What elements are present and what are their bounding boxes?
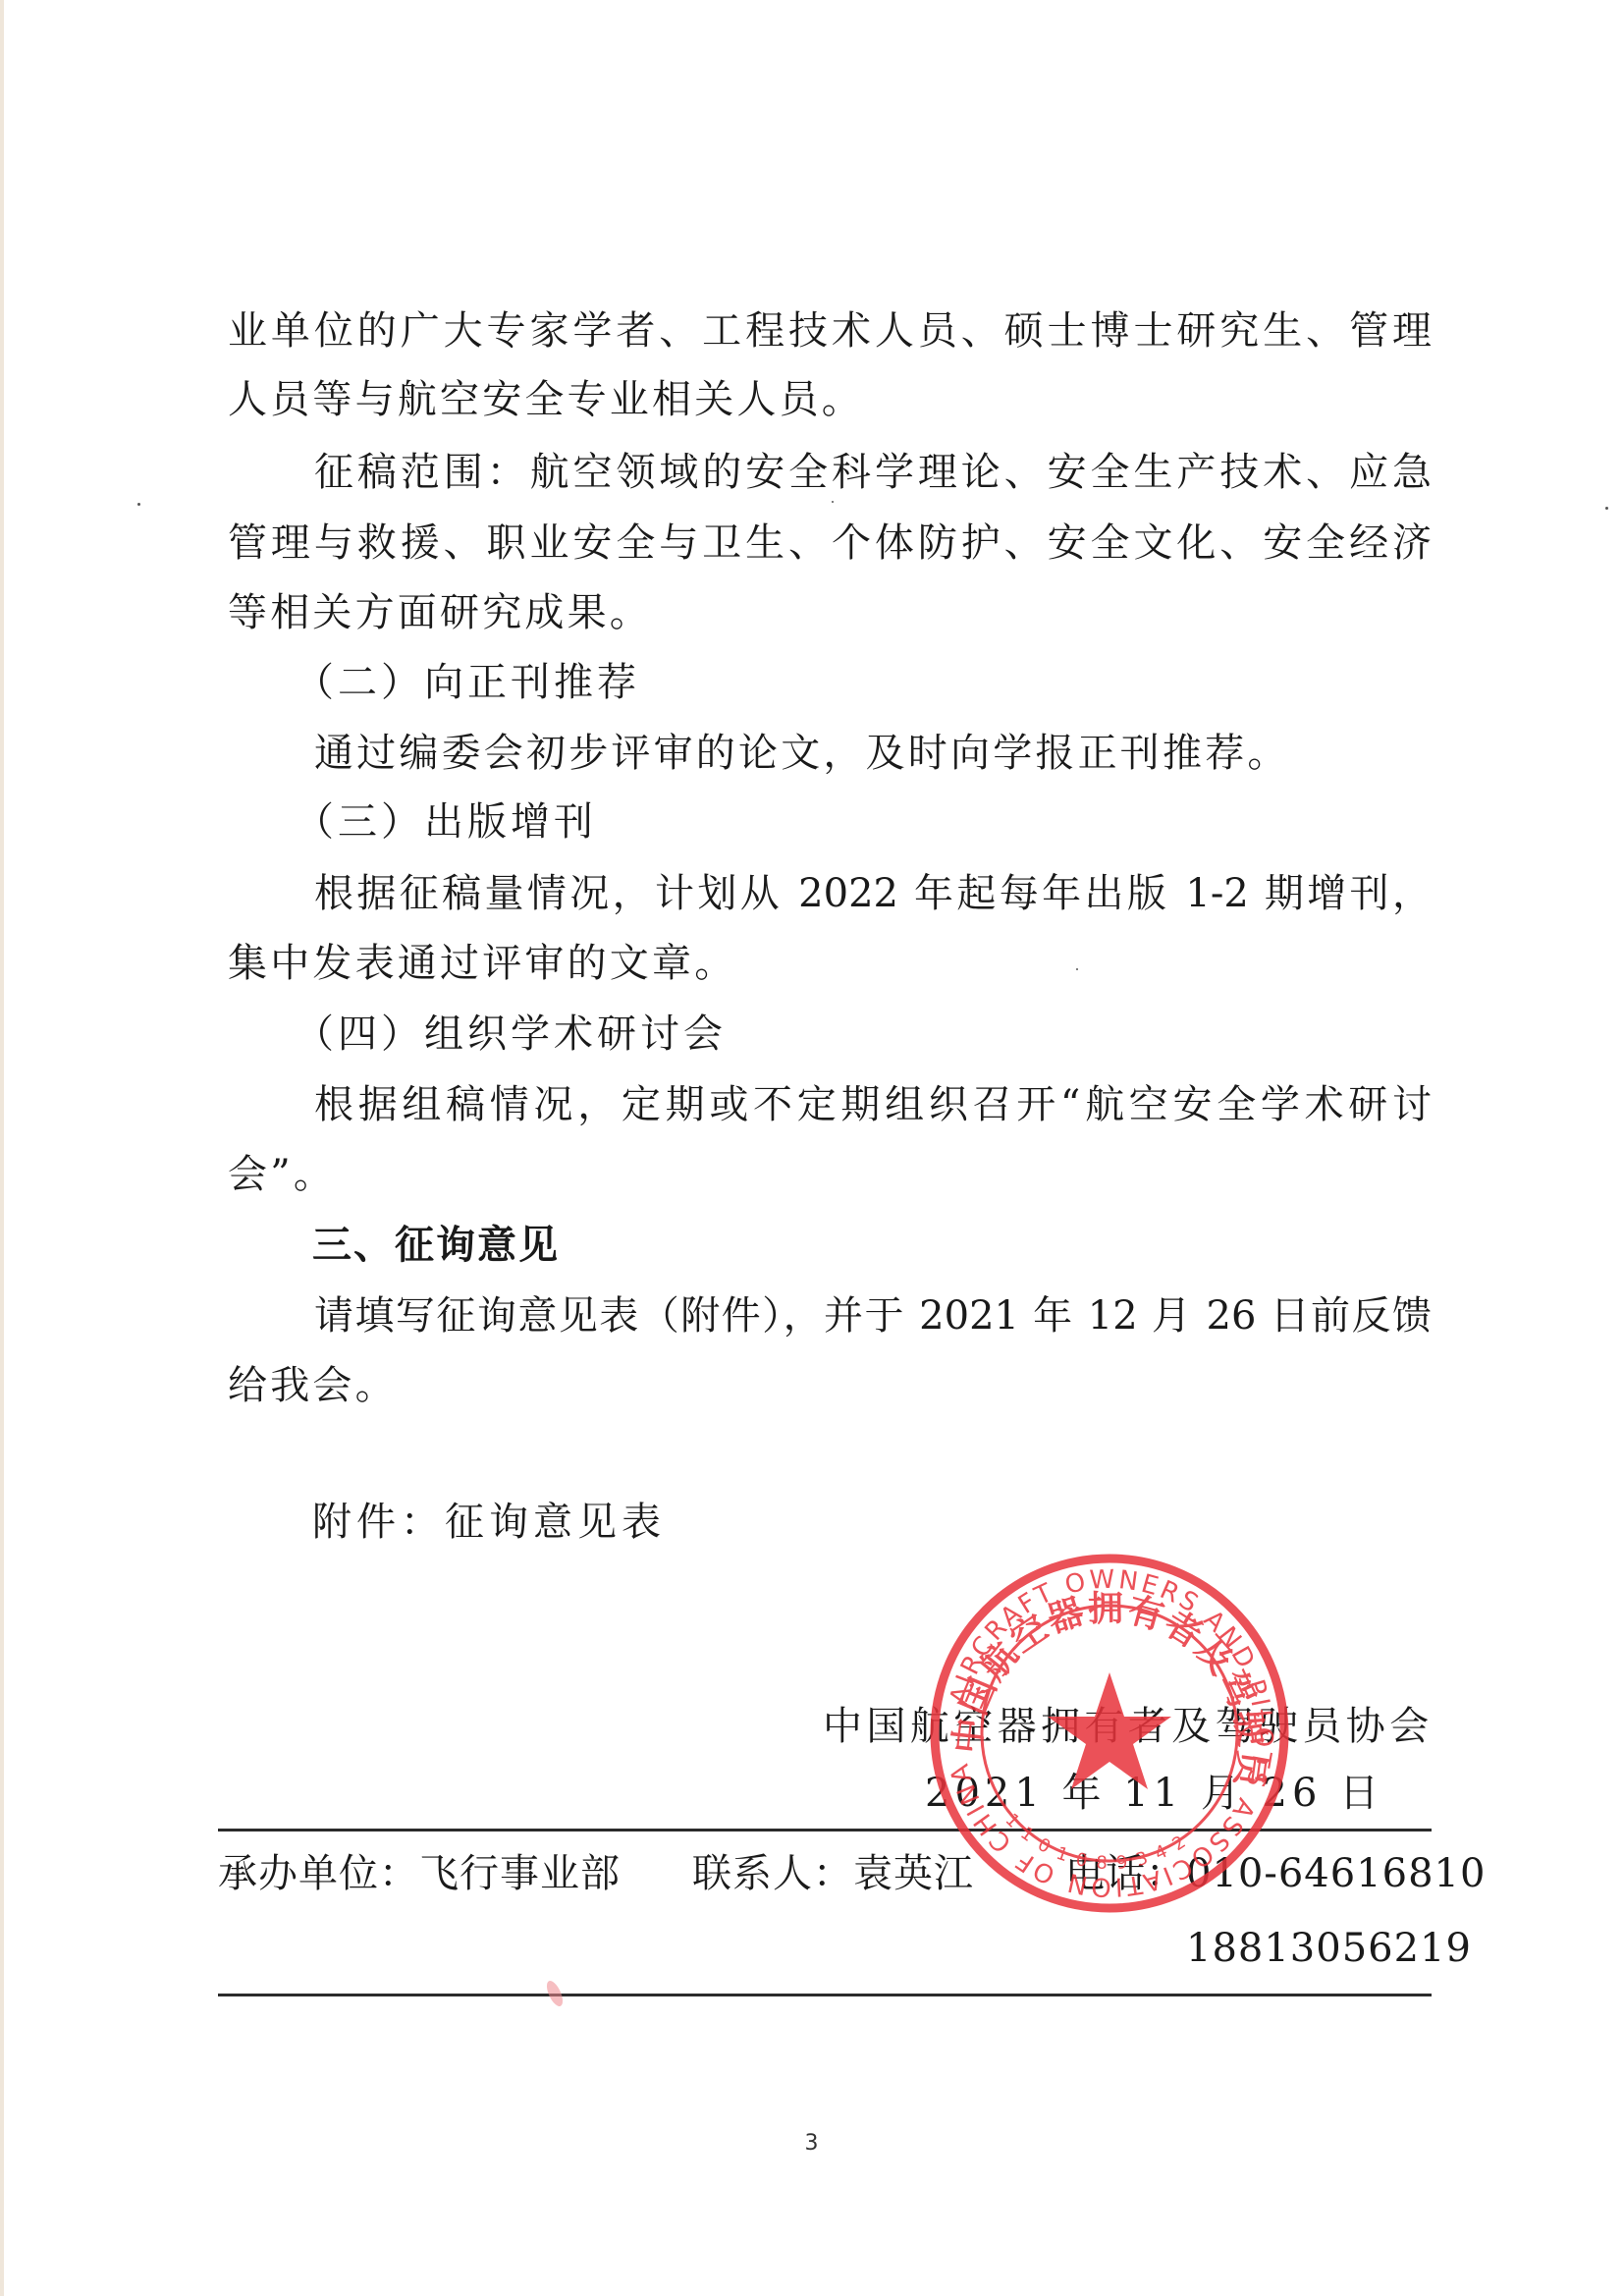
document-page: 业单位的广大专家学者、工程技术人员、硕士博士研究生、管理 人员等与航空安全专业相… <box>0 0 1623 2296</box>
footer-phone-alt: 18813056219 <box>1186 1919 1472 1978</box>
section-body-line: 根据征稿量情况，计划从 2022 年起每年出版 1-2 期增刊， <box>314 859 1432 928</box>
paragraph-line: 管理与救援、职业安全与卫生、个体防护、安全文化、安全经济 <box>228 509 1432 577</box>
footer-contact: 联系人：袁英江 <box>692 1844 974 1903</box>
paragraph-line: 等相关方面研究成果。 <box>228 578 1432 647</box>
section-body-line: 集中发表通过评审的文章。 <box>228 929 1432 998</box>
signature-organization: 中国航空器拥有者及驾驶员协会 <box>823 1697 1434 1756</box>
document-body: 业单位的广大专家学者、工程技术人员、硕士博士研究生、管理 人员等与航空安全专业相… <box>0 0 1623 2296</box>
paragraph-line: 人员等与航空安全专业相关人员。 <box>228 365 1432 434</box>
footer-rule-top <box>218 1829 1432 1831</box>
section-heading: （三）出版增刊 <box>295 788 1498 856</box>
signature-date: 2021 年 11 月 26 日 <box>925 1764 1383 1823</box>
main-section-body-line: 请填写征询意见表（附件），并于 2021 年 12 月 26 日前反馈 <box>314 1282 1432 1350</box>
main-section-heading: 三、征询意见 <box>312 1211 1516 1280</box>
section-heading: （四）组织学术研讨会 <box>295 1000 1498 1068</box>
section-heading: （二）向正刊推荐 <box>295 648 1498 717</box>
footer-rule-bottom <box>218 1994 1432 1996</box>
page-number: 3 <box>0 2131 1623 2156</box>
section-body-line: 会”。 <box>228 1140 1432 1209</box>
section-body-line: 根据组稿情况，定期或不定期组织召开“航空安全学术研讨 <box>314 1070 1432 1139</box>
paragraph-line: 业单位的广大专家学者、工程技术人员、硕士博士研究生、管理 <box>228 297 1432 365</box>
attachment-link[interactable]: 附件：征询意见表 <box>312 1488 1516 1557</box>
main-section-body-line: 给我会。 <box>228 1351 1432 1420</box>
footer-phone: 电话：010-64616810 <box>1065 1844 1486 1903</box>
footer-department: 承办单位：飞行事业部 <box>218 1844 621 1903</box>
paragraph-line: 征稿范围：航空领域的安全科学理论、安全生产技术、应急 <box>314 438 1432 507</box>
stamp-smudge <box>535 1974 574 2018</box>
section-body-line: 通过编委会初步评审的论文，及时向学报正刊推荐。 <box>314 719 1432 788</box>
